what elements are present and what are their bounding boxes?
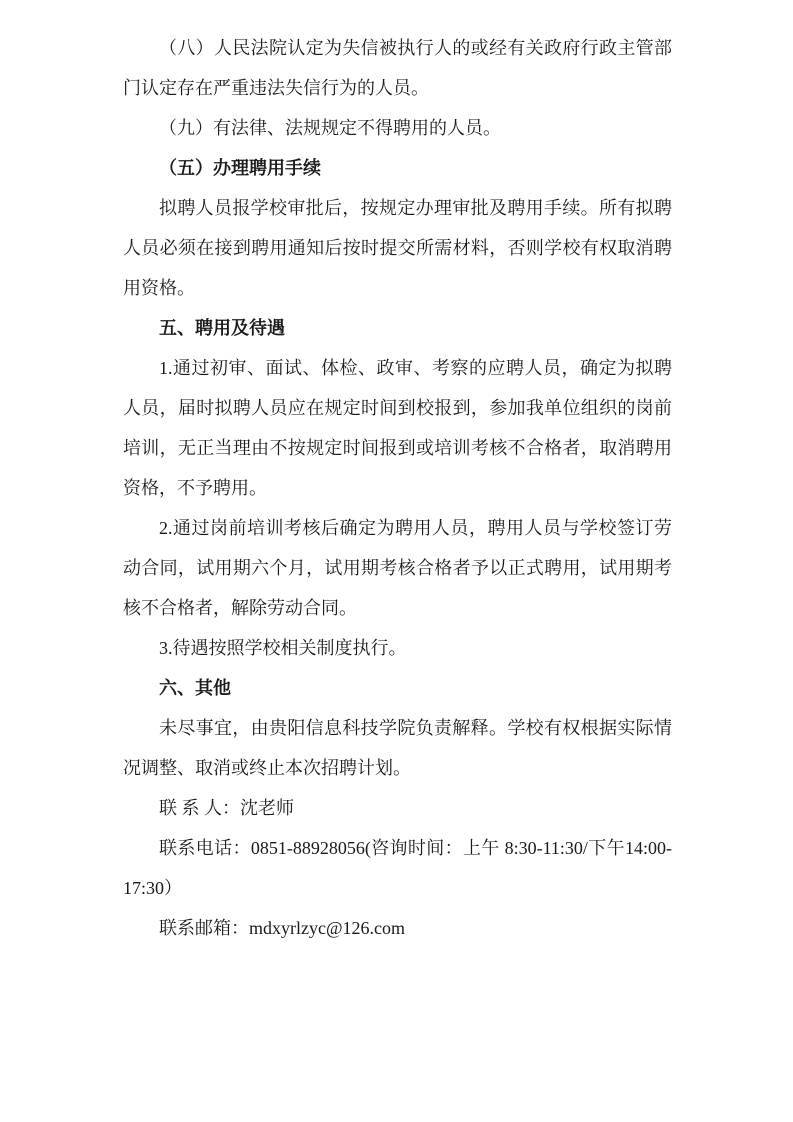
employment-item-1-paragraph: 1.通过初审、面试、体检、政审、考察的应聘人员，确定为拟聘人员，届时拟聘人员应在… (123, 348, 672, 508)
contact-phone-line: 联系电话：0851-88928056(咨询时间：上午 8:30-11:30/下午… (123, 828, 672, 908)
heading-employment-benefits: 五、聘用及待遇 (123, 308, 672, 348)
employment-item-3-paragraph: 3.待遇按照学校相关制度执行。 (123, 628, 672, 668)
others-paragraph: 未尽事宜，由贵阳信息科技学院负责解释。学校有权根据实际情况调整、取消或终止本次招… (123, 708, 672, 788)
hiring-procedures-paragraph: 拟聘人员报学校审批后，按规定办理审批及聘用手续。所有拟聘人员必须在接到聘用通知后… (123, 188, 672, 308)
document-page: （八）人民法院认定为失信被执行人的或经有关政府行政主管部门认定存在严重违法失信行… (0, 0, 793, 1122)
contact-email-line: 联系邮箱：mdxyrlzyc@126.com (123, 908, 672, 948)
clause-8-paragraph: （八）人民法院认定为失信被执行人的或经有关政府行政主管部门认定存在严重违法失信行… (123, 28, 672, 108)
heading-others: 六、其他 (123, 668, 672, 708)
heading-hiring-procedures: （五）办理聘用手续 (123, 148, 672, 188)
clause-9-paragraph: （九）有法律、法规规定不得聘用的人员。 (123, 108, 672, 148)
document-content: （八）人民法院认定为失信被执行人的或经有关政府行政主管部门认定存在严重违法失信行… (123, 28, 672, 948)
employment-item-2-paragraph: 2.通过岗前培训考核后确定为聘用人员，聘用人员与学校签订劳动合同，试用期六个月，… (123, 508, 672, 628)
contact-person-line: 联 系 人：沈老师 (123, 788, 672, 828)
